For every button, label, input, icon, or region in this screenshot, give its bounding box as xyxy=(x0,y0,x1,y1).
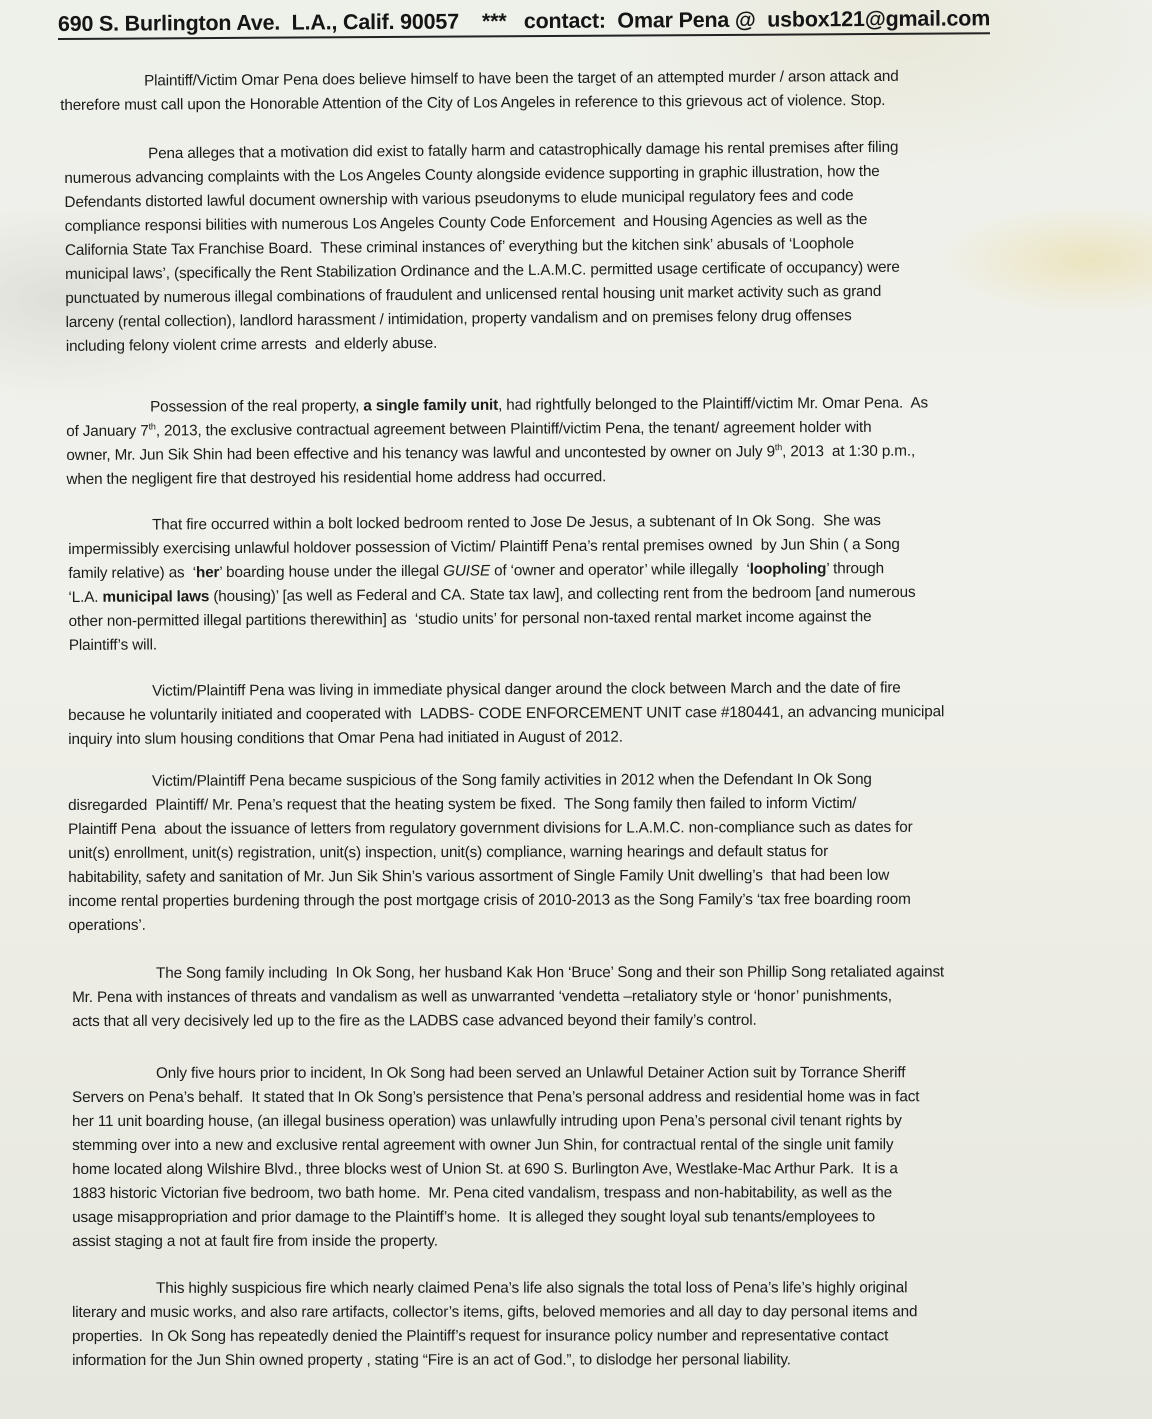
text-line: Victim/Plaintiff Pena became suspicious … xyxy=(68,768,912,794)
text-line: operations’. xyxy=(68,912,912,938)
text-line: habitability, safety and sanitation of M… xyxy=(68,864,912,890)
paragraph-fire-origin: That fire occurred within a bolt locked … xyxy=(68,509,916,658)
text-line: stemming over into a new and exclusive r… xyxy=(72,1133,919,1158)
text-line: home located along Wilshire Blvd., three… xyxy=(72,1157,919,1182)
text-line: Only five hours prior to incident, In Ok… xyxy=(72,1061,919,1086)
text-line: because he voluntarily initiated and coo… xyxy=(68,700,944,728)
paragraph-suspicion: Victim/Plaintiff Pena became suspicious … xyxy=(68,768,913,938)
document-header: 690 S. Burlington Ave. L.A., Calif. 9005… xyxy=(58,6,990,40)
text-line: Mr. Pena with instances of threats and v… xyxy=(72,984,944,1010)
text-line: income rental properties burdening throu… xyxy=(68,888,912,914)
text-line: information for the Jun Shin owned prope… xyxy=(72,1348,917,1373)
text-line: acts that all very decisively led up to … xyxy=(72,1008,944,1034)
text-line: her 11 unit boarding house, (an illegal … xyxy=(72,1109,919,1134)
text-line: Plaintiff Pena about the issuance of let… xyxy=(68,816,912,842)
paragraph-intro: Plaintiff/Victim Omar Pena does believe … xyxy=(60,65,899,118)
text-line: properties. In Ok Song has repeatedly de… xyxy=(72,1324,917,1349)
text-line: 1883 historic Victorian five bedroom, tw… xyxy=(72,1181,919,1206)
paragraph-danger: Victim/Plaintiff Pena was living in imme… xyxy=(68,676,944,752)
paragraph-possession: Possession of the real property, a singl… xyxy=(66,391,928,492)
paragraph-motivation: Pena alleges that a motivation did exist… xyxy=(64,136,900,359)
text-line: inquiry into slum housing conditions tha… xyxy=(68,724,944,752)
text-line: assist staging a not at fault fire from … xyxy=(72,1229,919,1254)
text-line: unit(s) enrollment, unit(s) registration… xyxy=(68,840,912,866)
paragraph-total-loss: This highly suspicious fire which nearly… xyxy=(72,1276,917,1373)
text-line: This highly suspicious fire which nearly… xyxy=(72,1276,917,1301)
paragraph-unlawful-detainer: Only five hours prior to incident, In Ok… xyxy=(72,1061,919,1254)
text-line: literary and music works, and also rare … xyxy=(72,1300,917,1325)
text-line: when the negligent fire that destroyed h… xyxy=(66,463,928,492)
paragraph-retaliation: The Song family including In Ok Song, he… xyxy=(72,960,944,1034)
text-line: therefore must call upon the Honorable A… xyxy=(60,89,899,118)
text-line: owner, Mr. Jun Sik Shin had been effecti… xyxy=(66,439,928,468)
text-line: The Song family including In Ok Song, he… xyxy=(72,960,944,986)
text-line: Servers on Pena’s behalf. It stated that… xyxy=(72,1085,919,1110)
text-line: disregarded Plaintiff/ Mr. Pena’s reques… xyxy=(68,792,912,818)
text-line: usage misappropriation and prior damage … xyxy=(72,1205,919,1230)
